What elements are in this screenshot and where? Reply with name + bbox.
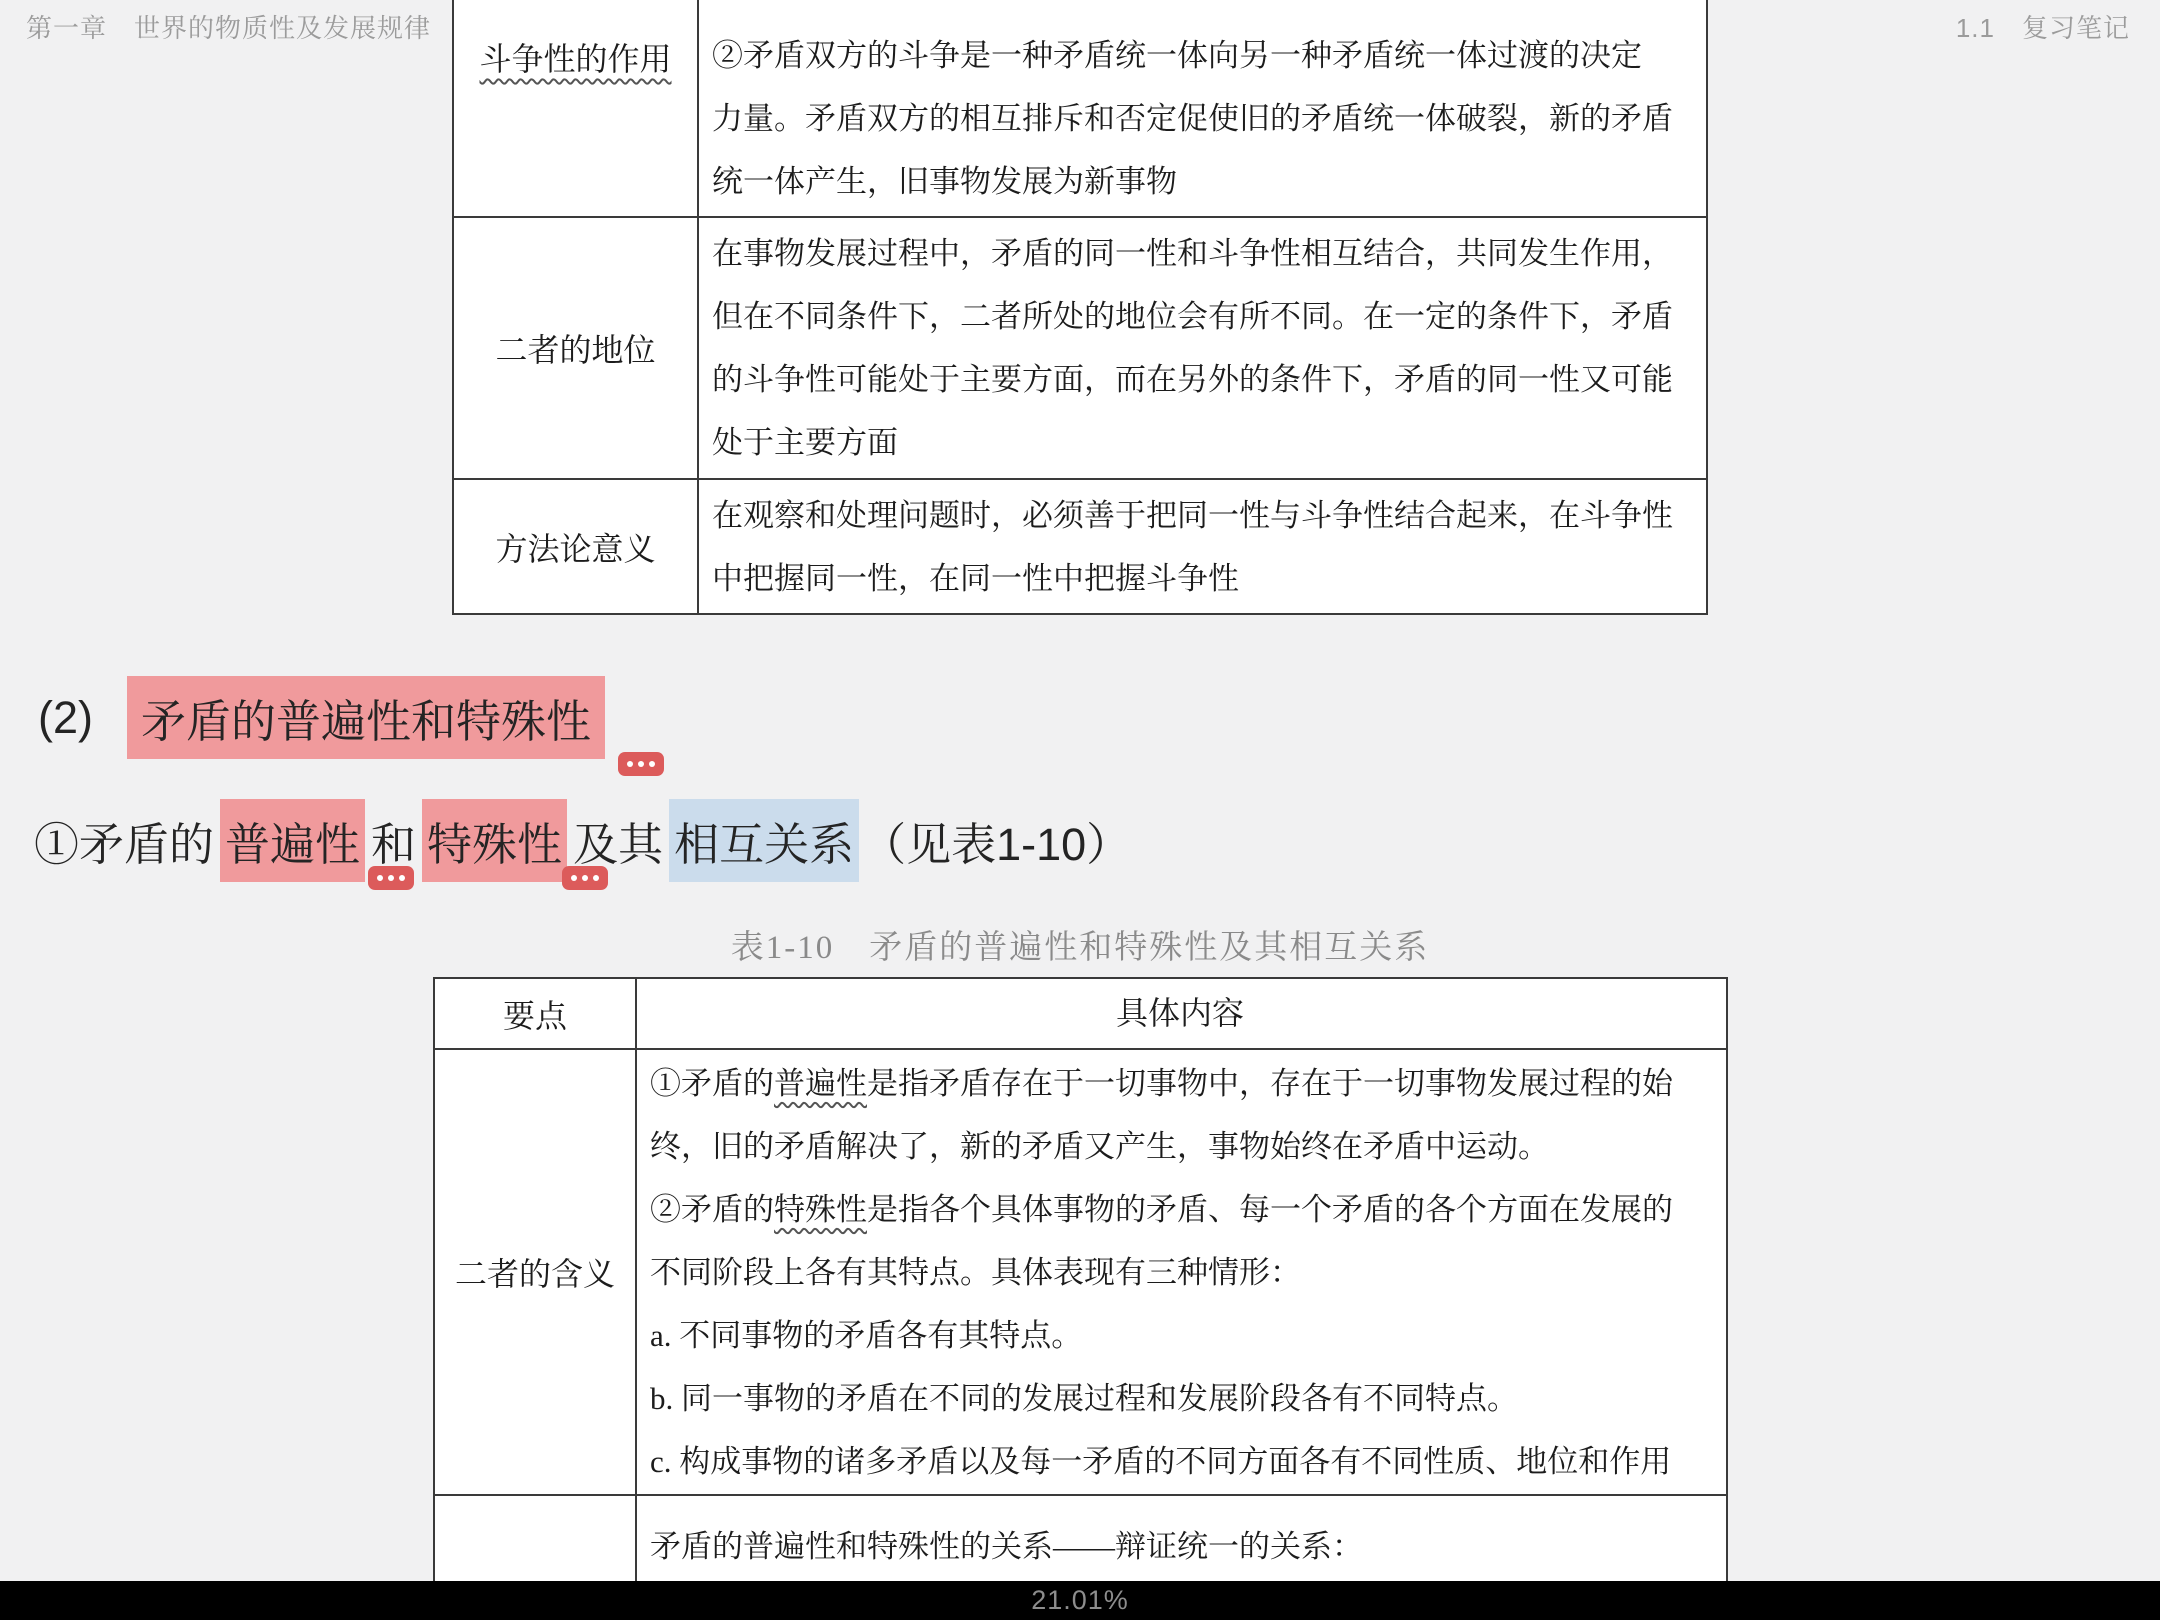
content-line: 终，旧的矛盾解决了，新的矛盾又产生，事物始终在矛盾中运动。 bbox=[650, 1115, 1710, 1178]
row-content-cell: 在观察和处理问题时，必须善于把同一性与斗争性结合起来，在斗争性 中把握同一性，在… bbox=[699, 480, 1706, 613]
content-line: ②矛盾的特殊性是指各个具体事物的矛盾、每一个矛盾的各个方面在发展的 bbox=[650, 1178, 1710, 1241]
content-line: 矛盾的普遍性和特殊性的关系——辩证统一的关系： bbox=[650, 1515, 1710, 1578]
content-line: c. 构成事物的诸多矛盾以及每一矛盾的不同方面各有不同性质、地位和作用 bbox=[650, 1430, 1710, 1493]
ellipsis-icon bbox=[388, 875, 394, 881]
row-label-cell: 方法论意义 bbox=[454, 480, 699, 613]
content-line: 处于主要方面 bbox=[712, 411, 1690, 474]
row-content-cell: 在事物发展过程中，矛盾的同一性和斗争性相互结合，共同发生作用， 但在不同条件下，… bbox=[699, 218, 1706, 478]
subheading-text: ①矛盾的 bbox=[34, 808, 214, 873]
subheading-text: 及其 bbox=[573, 808, 663, 873]
subheading-text: 和 bbox=[371, 808, 416, 873]
row-label: 二者的含义 bbox=[455, 1249, 615, 1295]
content-line: 中把握同一性，在同一性中把握斗争性 bbox=[712, 547, 1690, 610]
content-line: 在事物发展过程中，矛盾的同一性和斗争性相互结合，共同发生作用， bbox=[712, 222, 1690, 285]
ebook-reader-screen: 第一章 世界的物质性及发展规律 1.1 复习笔记 斗争性的作用 ②矛盾双方的斗争… bbox=[0, 0, 2160, 1620]
highlight-annotation-pink[interactable]: 特殊性 bbox=[422, 799, 567, 882]
table-row: 斗争性的作用 ②矛盾双方的斗争是一种矛盾统一体向另一种矛盾统一体过渡的决定 力量… bbox=[454, 0, 1706, 216]
header-label: 具体内容 bbox=[1116, 982, 1244, 1045]
row-content-cell: ①矛盾的普遍性是指矛盾存在于一切事物中，存在于一切事物发展过程的始 终，旧的矛盾… bbox=[637, 1050, 1726, 1494]
heading-number: (2) bbox=[38, 692, 93, 744]
table-identity-struggle: 斗争性的作用 ②矛盾双方的斗争是一种矛盾统一体向另一种矛盾统一体过渡的决定 力量… bbox=[452, 0, 1708, 615]
content-line: 但在不同条件下，二者所处的地位会有所不同。在一定的条件下，矛盾 bbox=[712, 285, 1690, 348]
row-label-cell: 二者的地位 bbox=[454, 218, 699, 478]
content-line: 在观察和处理问题时，必须善于把同一性与斗争性结合起来，在斗争性 bbox=[712, 484, 1690, 547]
content-line: 的斗争性可能处于主要方面，而在另外的条件下，矛盾的同一性又可能 bbox=[712, 348, 1690, 411]
subheading-text: （见表1-10） bbox=[861, 808, 1131, 873]
table-header-row: 要点 具体内容 bbox=[435, 979, 1726, 1050]
row-content-cell: ②矛盾双方的斗争是一种矛盾统一体向另一种矛盾统一体过渡的决定 力量。矛盾双方的相… bbox=[699, 0, 1706, 216]
content-line: ②矛盾双方的斗争是一种矛盾统一体向另一种矛盾统一体过渡的决定 bbox=[712, 24, 1690, 87]
ellipsis-icon bbox=[582, 875, 588, 881]
highlight-annotation-pink[interactable]: 普遍性 bbox=[220, 799, 365, 882]
annotation-note-badge[interactable] bbox=[618, 752, 664, 776]
row-label: 斗争性的作用 bbox=[479, 34, 671, 80]
ellipsis-icon bbox=[571, 875, 577, 881]
row-label-cell: 二者的含义 bbox=[435, 1050, 637, 1494]
table-row: 方法论意义 在观察和处理问题时，必须善于把同一性与斗争性结合起来，在斗争性 中把… bbox=[454, 478, 1706, 613]
table-caption: 表1-10 矛盾的普遍性和特殊性及其相互关系 bbox=[0, 921, 2160, 968]
ellipsis-icon bbox=[377, 875, 383, 881]
table-1-10: 要点 具体内容 二者的含义 ①矛盾的普遍性是指矛盾存在于一切事物中，存在于一切事… bbox=[433, 977, 1728, 1620]
ellipsis-icon bbox=[627, 761, 633, 767]
content-line: 统一体产生，旧事物发展为新事物 bbox=[712, 150, 1690, 213]
content-line: 力量。矛盾双方的相互排斥和否定促使旧的矛盾统一体破裂，新的矛盾 bbox=[712, 87, 1690, 150]
progress-percentage: 21.01% bbox=[1031, 1585, 1129, 1616]
row-label: 二者的地位 bbox=[495, 325, 655, 371]
table-row: 二者的地位 在事物发展过程中，矛盾的同一性和斗争性相互结合，共同发生作用， 但在… bbox=[454, 216, 1706, 478]
annotation-note-badge[interactable] bbox=[368, 866, 414, 890]
ellipsis-icon bbox=[649, 761, 655, 767]
content-line: ①矛盾的普遍性是指矛盾存在于一切事物中，存在于一切事物发展过程的始 bbox=[650, 1052, 1710, 1115]
key-term: 普遍性 bbox=[774, 1066, 867, 1101]
key-term: 特殊性 bbox=[774, 1192, 867, 1227]
ellipsis-icon bbox=[593, 875, 599, 881]
content-line: b. 同一事物的矛盾在不同的发展过程和发展阶段各有不同特点。 bbox=[650, 1367, 1710, 1430]
content-line: 不同阶段上各有其特点。具体表现有三种情形： bbox=[650, 1241, 1710, 1304]
header-label: 要点 bbox=[503, 991, 567, 1037]
content-line: a. 不同事物的矛盾各有其特点。 bbox=[650, 1304, 1710, 1367]
row-label-cell: 斗争性的作用 bbox=[454, 0, 699, 216]
section-title: 1.1 复习笔记 bbox=[1956, 8, 2130, 45]
highlight-annotation-pink[interactable]: 矛盾的普遍性和特殊性 bbox=[127, 676, 605, 759]
header-cell: 具体内容 bbox=[637, 979, 1726, 1048]
table-row: 二者的含义 ①矛盾的普遍性是指矛盾存在于一切事物中，存在于一切事物发展过程的始 … bbox=[435, 1050, 1726, 1494]
reader-progress-bar[interactable]: 21.01% bbox=[0, 1581, 2160, 1620]
ellipsis-icon bbox=[638, 761, 644, 767]
highlight-annotation-blue[interactable]: 相互关系 bbox=[669, 799, 859, 882]
heading-level2: (2) 矛盾的普遍性和特殊性 bbox=[38, 676, 605, 759]
ellipsis-icon bbox=[399, 875, 405, 881]
header-cell: 要点 bbox=[435, 979, 637, 1048]
chapter-title: 第一章 世界的物质性及发展规律 bbox=[26, 8, 431, 45]
row-label: 方法论意义 bbox=[495, 524, 655, 570]
annotation-note-badge[interactable] bbox=[562, 866, 608, 890]
